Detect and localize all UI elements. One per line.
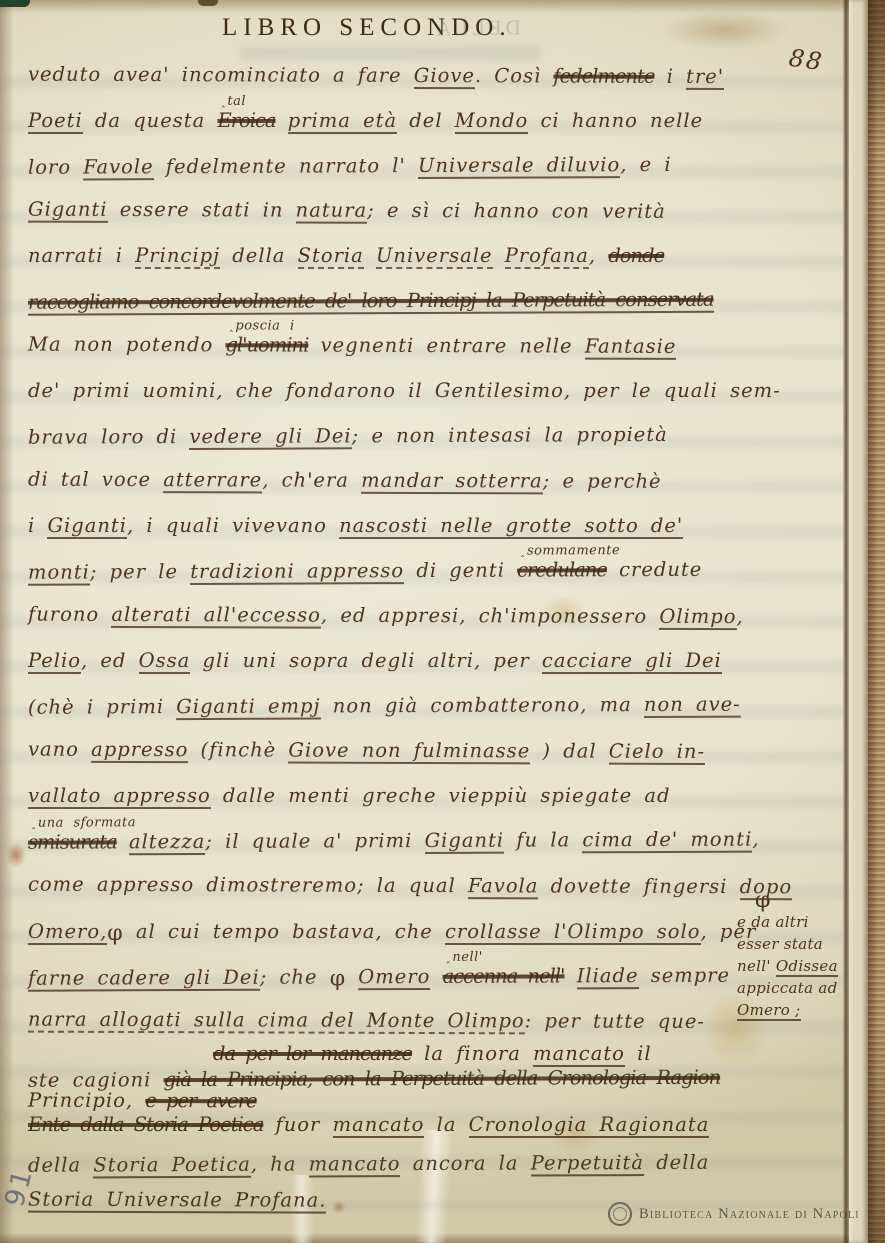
top-grime-band — [0, 0, 850, 14]
handwritten-text: mandar sotterra — [361, 469, 543, 495]
handwritten-text: veduto avea' incominciato a fare — [28, 63, 414, 87]
handwritten-text: Pelio — [28, 649, 81, 674]
handwritten-text: ; e sì ci hanno con verità — [367, 199, 666, 223]
handwritten-text: Iliade — [577, 964, 639, 989]
handwritten-text: Omero ; — [737, 1001, 801, 1021]
handwritten-text: loro — [28, 155, 83, 178]
handwritten-text: , ed appresi, ch'imponessero — [321, 604, 660, 628]
handwritten-text: , — [752, 828, 759, 851]
handwritten-text: da questa — [83, 109, 218, 132]
handwritten-text: credute — [607, 558, 703, 581]
handwritten-text — [346, 965, 358, 988]
manuscript-line: loro Favole fedelmente narrato l' Univer… — [28, 152, 818, 182]
margin-note-line: appiccata ad — [737, 979, 837, 1001]
handwritten-text: farne cadere gli Dei — [28, 966, 260, 992]
handwritten-text: di genti — [404, 559, 517, 582]
handwritten-text: ; il quale a' primi — [205, 829, 424, 853]
manuscript-line: smisuratauna sformata altezza; il quale … — [28, 827, 818, 857]
handwritten-text: ; e perchè — [543, 469, 662, 492]
manuscript-line: vallato appresso dalle menti greche viep… — [28, 784, 818, 811]
top-edge-spot — [198, 0, 218, 6]
handwritten-text: Favola — [468, 874, 539, 899]
handwritten-text: nascosti nelle grotte sotto de' — [339, 514, 683, 539]
handwritten-text: alterati all'eccesso — [111, 603, 321, 629]
manuscript-line: farne cadere gli Dei; che φ Omero accenn… — [28, 962, 818, 992]
handwritten-text: atterrare — [163, 468, 262, 493]
margin-note-line: Omero ; — [737, 1001, 837, 1023]
handwritten-text: mancato — [333, 1113, 425, 1138]
handwritten-text: i — [28, 514, 47, 537]
handwritten-text: del — [397, 109, 455, 132]
handwritten-text: altezza — [129, 830, 206, 855]
handwritten-text: della — [644, 1151, 709, 1174]
deleted-text: smisuratauna sformata — [28, 830, 117, 853]
handwritten-text: sempre — [638, 964, 730, 987]
deleted-text: Eroicatal — [217, 109, 275, 132]
handwritten-text: appresso — [91, 738, 188, 763]
handwritten-text: Fantasie — [585, 335, 677, 360]
handwritten-text: ; e non intesasi la propietà — [352, 423, 668, 447]
handwritten-text: appiccata ad — [737, 979, 838, 997]
deleted-text: accenna nell'nell' — [443, 964, 565, 988]
handwritten-text: il — [625, 1042, 652, 1065]
manuscript-line: brava loro di vedere gli Dei; e non inte… — [28, 422, 818, 452]
handwritten-text: Universale — [376, 244, 493, 269]
handwritten-text: Cronologia Ragionata — [469, 1113, 710, 1138]
handwritten-text: fu la — [504, 828, 582, 851]
manuscript-scan: esienelet LIBRO SECONDO. DELLA 88 veduto… — [0, 0, 885, 1243]
handwritten-text: furono — [28, 603, 111, 626]
handwritten-text: Principio, — [28, 1089, 145, 1112]
handwritten-text: , e i — [620, 153, 671, 176]
manuscript-line: de' primi uomini, che fondarono il Genti… — [28, 379, 818, 406]
next-page-edge: esienelet — [849, 0, 868, 1243]
handwritten-text: Mondo — [455, 109, 529, 134]
handwritten-text — [276, 109, 288, 132]
handwritten-text: ) dal — [530, 739, 609, 762]
handwritten-text: fuor — [263, 1113, 332, 1136]
handwritten-text — [364, 244, 376, 267]
deleted-text: credulanesommamente — [517, 558, 607, 581]
handwritten-text: Storia — [298, 244, 364, 269]
book-fore-edge — [868, 0, 885, 1243]
handwritten-text: non ave- — [644, 693, 741, 718]
manuscript-line: come appresso dimostreremo; la qual Favo… — [28, 873, 818, 903]
interlinear-insertion: tal — [221, 94, 246, 109]
handwritten-text: vallato appresso — [28, 784, 211, 809]
binding-corner — [0, 0, 30, 7]
handwritten-text: , ha — [251, 1152, 309, 1175]
handwritten-text: tradizioni appresso — [190, 559, 404, 585]
deleted-text: raccogliamo concordevolmente de' loro Pr… — [28, 288, 714, 316]
handwritten-text: , ch'era — [262, 468, 361, 491]
deleted-text: donde — [608, 244, 664, 267]
handwritten-text: Storia Universale Profana. — [28, 1188, 327, 1214]
handwritten-text: , — [737, 605, 744, 628]
handwritten-text: Giganti — [425, 829, 505, 854]
handwritten-text: la finora — [412, 1042, 533, 1065]
handwritten-text: Odissea — [776, 957, 838, 977]
manuscript-line: furono alterati all'eccesso, ed appresi,… — [28, 603, 818, 633]
handwritten-text: Omero, — [28, 920, 107, 945]
deleted-text: già la Principia, con la Perpetuità dell… — [164, 1066, 721, 1091]
manuscript-lines: veduto avea' incominciato a fare Giove. … — [28, 64, 818, 1216]
handwritten-text: Giganti empj — [176, 694, 320, 720]
handwritten-text: Ma non potendo — [28, 333, 226, 357]
handwritten-text: ; per le — [90, 560, 190, 583]
handwritten-text: come appresso dimostreremo; la qual — [28, 873, 468, 898]
handwritten-text — [564, 964, 576, 987]
manuscript-line: Poeti da questa Eroicatal prima età del … — [28, 109, 818, 136]
bleedthrough-band — [240, 46, 540, 60]
handwritten-text: mancato — [533, 1042, 625, 1067]
handwritten-text: vedere gli Dei — [189, 424, 351, 450]
deleted-text: gl'uominiposcia i — [225, 333, 308, 356]
library-logo-icon — [608, 1202, 632, 1226]
handwritten-text: monti — [28, 560, 90, 585]
handwritten-text: Ossa — [139, 649, 191, 674]
margin-note-line: e da altri — [737, 913, 837, 935]
manuscript-line: monti; per le tradizioni appresso di gen… — [28, 557, 818, 587]
handwritten-text: dovette fingersi — [538, 874, 739, 898]
handwritten-text: al cui tempo bastava, che — [124, 920, 445, 943]
handwritten-text: : per tutte que- — [525, 1009, 705, 1033]
manuscript-line: Pelio, ed Ossa gli uni sopra degli altri… — [28, 649, 818, 676]
deleted-text: da per lor mancanze — [213, 1042, 412, 1065]
handwritten-text: brava loro di — [28, 425, 190, 449]
handwritten-text: della — [220, 244, 298, 267]
margin-note-line: esser stata — [737, 935, 837, 957]
library-stamp-text: Biblioteca Nazionale di Napoli — [639, 1206, 860, 1223]
handwritten-text: di tal voce — [28, 468, 163, 491]
handwritten-text: Olimpo — [659, 605, 736, 630]
library-stamp: Biblioteca Nazionale di Napoli — [608, 1202, 860, 1226]
interlinear-insertion: una sformata — [32, 815, 136, 830]
handwritten-text: Storia Poetica — [93, 1153, 251, 1179]
handwritten-text: essere stati in — [108, 198, 296, 222]
handwritten-text: tre' — [686, 65, 724, 90]
handwritten-text: Giove non fulminasse — [288, 739, 530, 765]
handwritten-text: narra allogati sulla cima del Monte Olim… — [28, 1008, 525, 1035]
bottom-grime-band — [0, 1233, 885, 1243]
handwritten-text: i — [654, 65, 686, 88]
handwritten-text: ci hanno nelle — [528, 109, 703, 132]
manuscript-line: (chè i primi Giganti empj non già combat… — [28, 692, 818, 722]
handwritten-text: crollasse l'Olimpo solo — [445, 920, 701, 945]
handwritten-text: dalle menti greche vieppiù spiegate ad — [211, 784, 671, 807]
handwritten-text: non già combatterono, ma — [320, 693, 643, 717]
manuscript-line: narrati i Principj della Storia Universa… — [28, 244, 818, 271]
manuscript-line: di tal voce atterrare, ch'era mandar sot… — [28, 468, 818, 498]
handwritten-text: cima de' monti — [582, 828, 752, 854]
manuscript-line: i Giganti, i quali vivevano nascosti nel… — [28, 514, 818, 541]
insertion-mark: φ — [330, 966, 347, 991]
insertion-mark: φ — [107, 921, 123, 946]
manuscript-line: veduto avea' incominciato a fare Giove. … — [28, 63, 818, 93]
handwritten-text: fedelmente narrato l' — [154, 154, 419, 178]
manuscript-line: narra allogati sulla cima del Monte Olim… — [28, 1008, 818, 1038]
handwritten-text: prima età — [288, 109, 397, 134]
left-edge-shadow — [0, 0, 14, 1243]
handwritten-text: Favole — [83, 155, 153, 180]
handwritten-text: Giganti — [47, 514, 127, 539]
manuscript-line: della Storia Poetica, ha mancato ancora … — [28, 1150, 818, 1180]
interlinear-insertion: sommamente — [521, 543, 620, 558]
handwritten-text: Profana — [505, 244, 589, 269]
handwritten-text: nell' — [737, 957, 776, 975]
manuscript-line: raccogliamo concordevolmente de' loro Pr… — [28, 287, 818, 317]
handwritten-text — [430, 965, 442, 988]
manuscript-line: Giganti essere stati in natura; e sì ci … — [28, 198, 818, 228]
handwritten-text: (finchè — [188, 738, 288, 761]
handwritten-text — [493, 244, 505, 267]
handwritten-text: esser stata — [737, 935, 823, 953]
handwritten-text — [117, 830, 129, 853]
handwritten-text: vano — [28, 738, 91, 761]
handwritten-text: (chè i primi — [28, 695, 176, 719]
handwritten-text: cacciare gli Dei — [542, 649, 722, 674]
handwritten-text: Perpetuità — [531, 1151, 644, 1176]
handwritten-text: e da altri — [737, 913, 809, 931]
manuscript-line: Ma non potendo gl'uominiposcia i vegnent… — [28, 333, 818, 363]
handwritten-text: Omero — [358, 965, 430, 990]
deleted-text: fedelmente — [553, 64, 654, 87]
handwritten-text: de' primi uomini, che fondarono il Genti… — [28, 379, 781, 402]
margin-note: φ e da altriesser statanell' Odisseaappi… — [737, 888, 837, 1023]
interlinear-insertion: poscia i — [229, 318, 294, 333]
manuscript-line: vano appresso (finchè Giove non fulminas… — [28, 738, 818, 768]
deleted-text: e per avere — [145, 1089, 256, 1112]
stain — [660, 10, 790, 50]
handwritten-text: , i quali vivevano — [127, 514, 339, 537]
handwritten-text: ; che — [260, 965, 330, 988]
bleedthrough-text: DELLA — [432, 15, 521, 42]
handwritten-text: ancora la — [400, 1152, 530, 1176]
manuscript-line: Omero,φ al cui tempo bastava, che crolla… — [28, 919, 818, 946]
manuscript-line: Ente dalla Storia Poetica fuor mancato l… — [28, 1113, 818, 1140]
handwritten-text: narrati i — [28, 244, 135, 267]
handwritten-text: Giganti — [28, 198, 108, 223]
handwritten-text: Giove — [414, 64, 475, 89]
handwritten-text: , — [589, 244, 608, 267]
handwritten-text: Principj — [135, 244, 220, 269]
interlinear-insertion: nell' — [446, 950, 482, 965]
margin-note-mark: φ — [755, 888, 837, 913]
handwritten-text: mancato — [309, 1152, 401, 1177]
handwritten-text: Universale diluvio — [418, 153, 620, 179]
handwritten-text: Poeti — [28, 109, 83, 134]
handwritten-text: vegnenti entrare nelle — [308, 334, 585, 358]
margin-note-line: nell' Odissea — [737, 957, 837, 979]
handwritten-text: la — [424, 1113, 468, 1136]
handwritten-text: natura — [296, 199, 368, 224]
deleted-text: Ente dalla Storia Poetica — [28, 1113, 263, 1136]
handwritten-text: , ed — [81, 649, 139, 672]
handwritten-text: Cielo in- — [609, 740, 705, 765]
handwritten-text: . Così — [475, 64, 554, 87]
handwritten-text: gli uni sopra degli altri, per — [190, 649, 542, 672]
